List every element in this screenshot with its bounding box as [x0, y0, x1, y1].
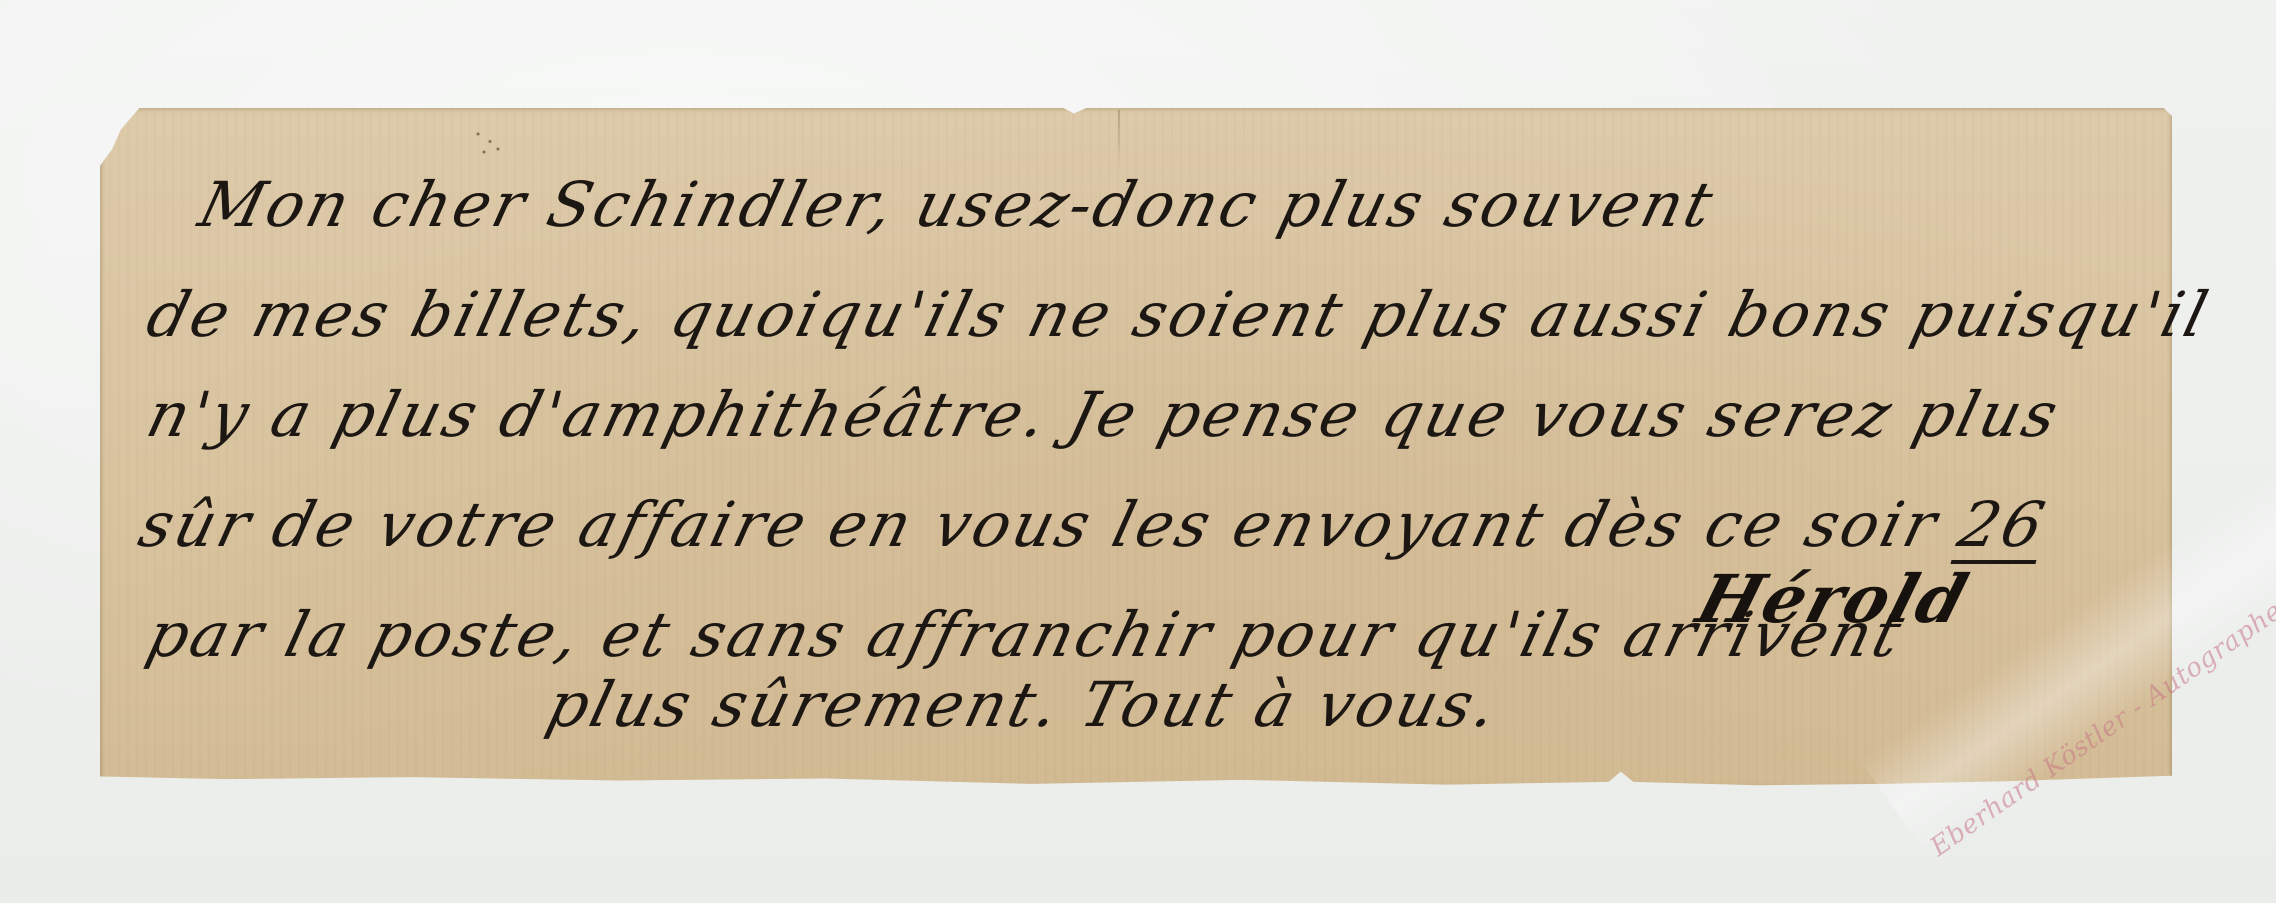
- letter-line-5: par la poste, et sans affranchir pour qu…: [140, 598, 1911, 671]
- letter-line-3: n'y a plus d'amphithéâtre. Je pense que …: [140, 378, 2068, 451]
- letter-line-4-text: sûr de votre affaire en vous les envoyan…: [132, 488, 1947, 561]
- letter-line-2: de mes billets, quoiqu'ils ne soient plu…: [140, 278, 2218, 351]
- letter-body: Mon cher Schindler, usez-donc plus souve…: [100, 108, 2172, 788]
- letter-line-4: sûr de votre affaire en vous les envoyan…: [132, 488, 2054, 561]
- underlined-number: 26: [1951, 488, 2054, 561]
- letter-line-6: plus sûrement. Tout à vous.: [540, 668, 1507, 741]
- signature: Hérold: [1689, 560, 1978, 638]
- letter-line-1: Mon cher Schindler, usez-donc plus souve…: [192, 168, 1723, 241]
